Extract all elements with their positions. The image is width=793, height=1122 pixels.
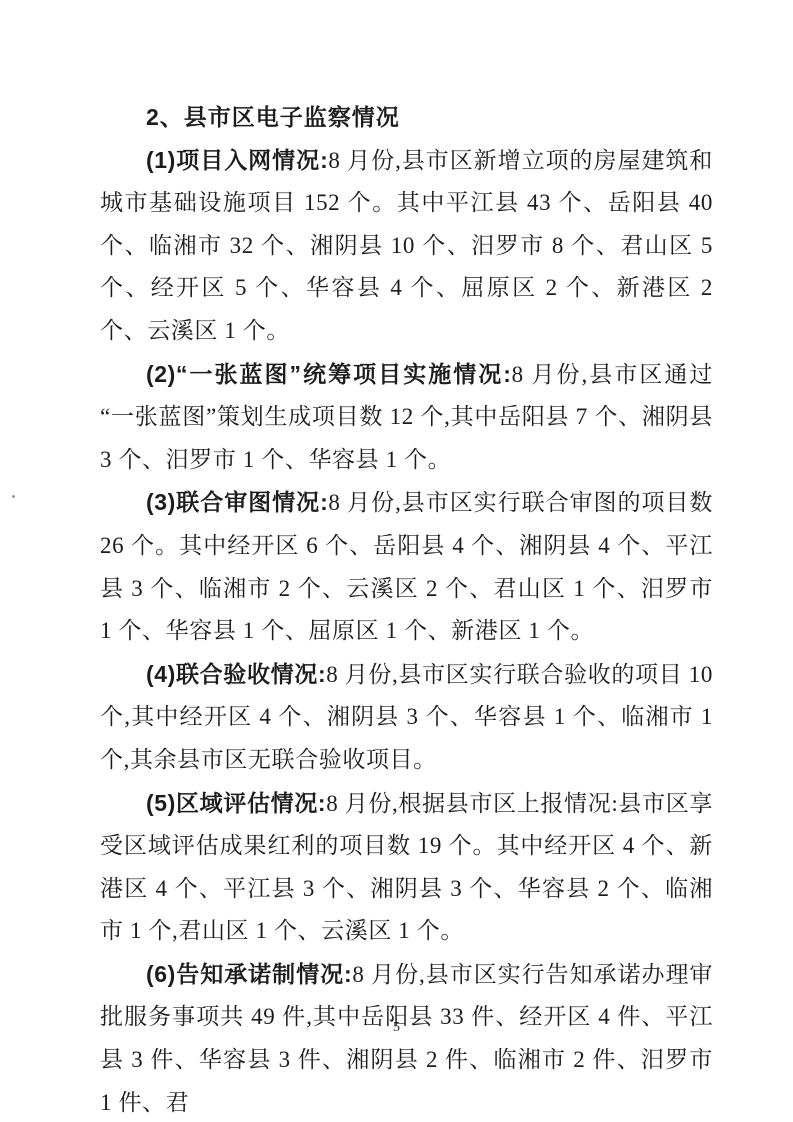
paragraph-label: (4)联合验收情况: — [146, 661, 326, 687]
paragraph-label: (2)“一张蓝图”统筹项目实施情况: — [146, 361, 512, 387]
page-number: 5 — [0, 1020, 793, 1036]
paragraph-commitment-notification: (6)告知承诺制情况:8 月份,县市区实行告知承诺办理审批服务事项共 49 件,… — [100, 953, 713, 1122]
paragraph-label: (6)告知承诺制情况: — [146, 961, 352, 987]
document-page: 2、县市区电子监察情况 (1)项目入网情况:8 月份,县市区新增立项的房屋建筑和… — [0, 0, 793, 1122]
paragraph-project-network-entry: (1)项目入网情况:8 月份,县市区新增立项的房屋建筑和城市基础设施项目 152… — [100, 139, 713, 353]
paragraph-regional-evaluation: (5)区域评估情况:8 月份,根据县市区上报情况:县市区享受区域评估成果红利的项… — [100, 782, 713, 953]
paragraph-text: 8 月份,县市区新增立项的房屋建筑和城市基础设施项目 152 个。其中平江县 4… — [100, 148, 713, 343]
paragraph-blueprint-coordination: (2)“一张蓝图”统筹项目实施情况:8 月份,县市区通过“一张蓝图”策划生成项目… — [100, 353, 713, 482]
paragraph-label: (1)项目入网情况: — [146, 147, 328, 173]
paragraph-label: (3)联合审图情况: — [146, 489, 328, 515]
paragraph-joint-acceptance: (4)联合验收情况:8 月份,县市区实行联合验收的项目 10 个,其中经开区 4… — [100, 653, 713, 782]
scan-artifact-dot — [12, 495, 15, 498]
paragraph-joint-drawing-review: (3)联合审图情况:8 月份,县市区实行联合审图的项目数 26 个。其中经开区 … — [100, 481, 713, 652]
section-heading: 2、县市区电子监察情况 — [100, 96, 713, 139]
document-body: 2、县市区电子监察情况 (1)项目入网情况:8 月份,县市区新增立项的房屋建筑和… — [100, 0, 713, 1122]
paragraph-label: (5)区域评估情况: — [146, 790, 326, 816]
